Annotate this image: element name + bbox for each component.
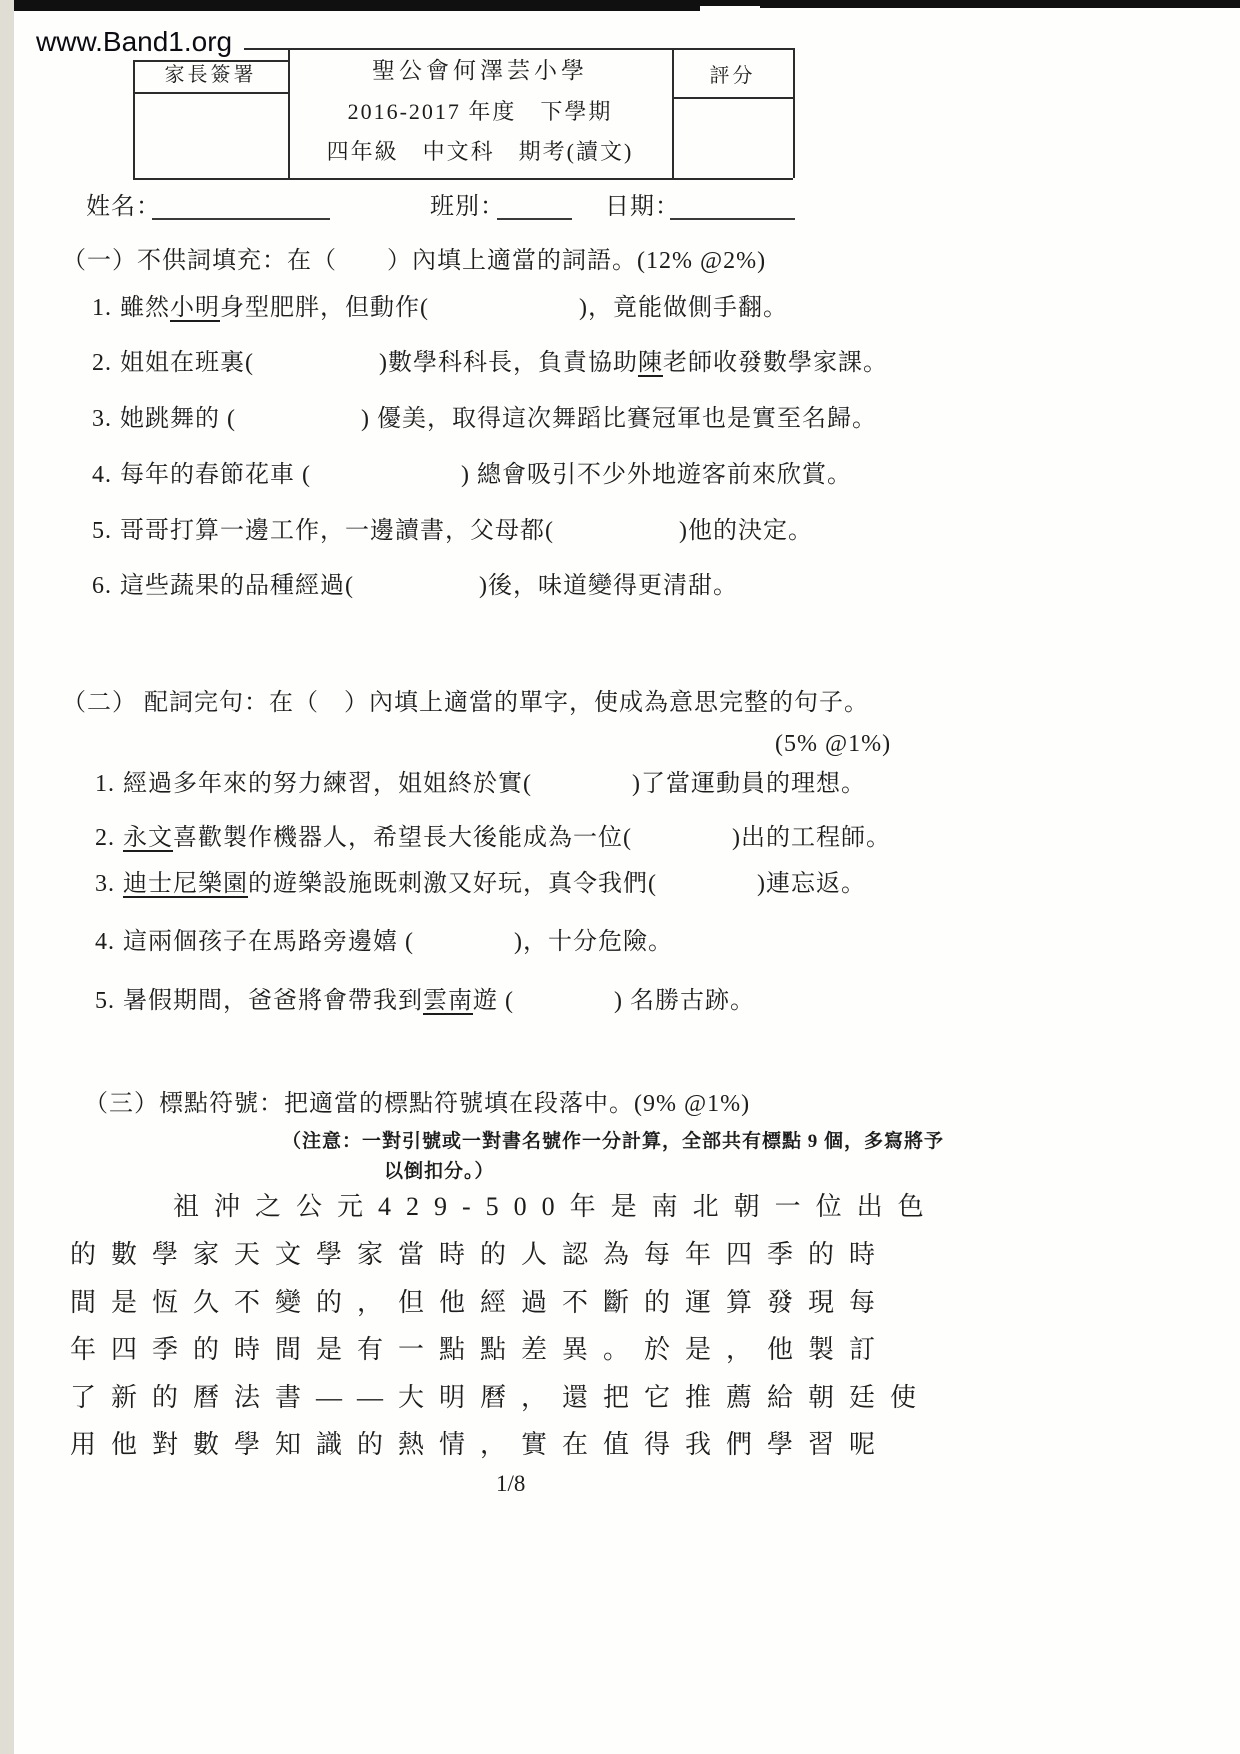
section2-heading: （二） 配詞完句：在（ ）內填上適當的單字，使成為意思完整的句子。 (62, 688, 869, 718)
table-border-right (793, 48, 795, 178)
item-number: 6. (92, 573, 112, 599)
scanned-exam-page: www.Band1.org 家長簽署 聖公會何澤芸小學 2016-2017 年度… (0, 0, 1240, 1754)
passage-line-1: 祖沖之公元429-500年是南北朝一位出色 (173, 1194, 939, 1220)
section2-item-5: 5.暑假期間，爸爸將會帶我到雲南遊 ( ) 名勝古跡。 (95, 986, 755, 1016)
exam-title: 四年級 中文科 期考(讀文) (288, 139, 672, 165)
passage-line-2: 的數學家天文學家當時的人認為每年四季的時 (70, 1242, 890, 1268)
section1-item-5: 5.哥哥打算一邊工作，一邊讀書，父母都( )他的決定。 (92, 516, 813, 546)
item-number: 5. (92, 518, 112, 544)
page-number: 1/8 (496, 1471, 525, 1497)
parent-signature-label: 家長簽署 (133, 63, 288, 87)
item-number: 2. (92, 350, 112, 376)
item-text: 每年的春節花車 ( ) 總會吸引不少外地遊客前來欣賞。 (120, 462, 852, 488)
item-text: 暑假期間，爸爸將會帶我到雲南遊 ( ) 名勝古跡。 (123, 988, 755, 1014)
date-label: 日期： (605, 192, 680, 222)
item-text: 哥哥打算一邊工作，一邊讀書，父母都( )他的決定。 (120, 518, 813, 544)
date-blank (670, 218, 795, 220)
school-name: 聖公會何澤芸小學 (288, 57, 672, 85)
section2-item-3: 3.迪士尼樂園的遊樂設施既刺激又好玩，真令我們( )連忘返。 (95, 869, 866, 899)
section2-item-4: 4.這兩個孩子在馬路旁邊嬉 ( )，十分危險。 (95, 927, 673, 957)
school-year-term: 2016-2017 年度 下學期 (288, 99, 672, 125)
section3-note-line2: 以倒扣分。） (384, 1156, 495, 1183)
item-number: 3. (92, 406, 112, 432)
item-number: 1. (95, 771, 115, 797)
section1-item-3: 3.她跳舞的 ( ) 優美，取得這次舞蹈比賽冠軍也是實至名歸。 (92, 404, 877, 434)
section2-marks: (5% @1%) (775, 729, 891, 759)
section2-item-1: 1.經過多年來的努力練習，姐姐終於實( )了當運動員的理想。 (95, 769, 866, 799)
item-text: 永文喜歡製作機器人，希望長大後能成為一位( )出的工程師。 (123, 825, 891, 851)
item-text: 經過多年來的努力練習，姐姐終於實( )了當運動員的理想。 (123, 771, 866, 797)
section1-heading: （一）不供詞填充：在（ ）內填上適當的詞語。(12% @2%) (62, 246, 766, 276)
passage-line-3: 間是恆久不變的，但他經過不斷的運算發現每 (70, 1290, 890, 1316)
score-label: 評分 (672, 64, 793, 88)
table-border-bottom (133, 178, 793, 180)
class-label: 班別： (430, 192, 505, 222)
item-text: 她跳舞的 ( ) 優美，取得這次舞蹈比賽冠軍也是實至名歸。 (120, 406, 877, 432)
section3-heading: （三）標點符號：把適當的標點符號填在段落中。(9% @1%) (84, 1089, 750, 1119)
scan-artifact-left-edge (0, 0, 14, 1754)
item-number: 5. (95, 988, 115, 1014)
site-watermark: www.Band1.org (36, 26, 232, 58)
item-number: 2. (95, 825, 115, 851)
passage-line-5: 了新的曆法書——大明曆，還把它推薦給朝廷使 (70, 1385, 931, 1411)
name-blank (152, 218, 330, 220)
section2-item-2: 2.永文喜歡製作機器人，希望長大後能成為一位( )出的工程師。 (95, 823, 891, 853)
section1-item-4: 4.每年的春節花車 ( ) 總會吸引不少外地遊客前來欣賞。 (92, 460, 852, 490)
item-number: 1. (92, 295, 112, 321)
section1-item-6: 6.這些蔬果的品種經過( )後，味道變得更清甜。 (92, 571, 738, 601)
scan-artifact-top-left (0, 0, 700, 11)
section1-item-1: 1.雖然小明身型肥胖，但動作( )，竟能做側手翻。 (92, 293, 788, 323)
table-border-top (244, 48, 793, 50)
item-number: 4. (92, 462, 112, 488)
name-label: 姓名： (86, 192, 161, 222)
scan-artifact-top-right (760, 0, 1240, 8)
item-text: 這些蔬果的品種經過( )後，味道變得更清甜。 (120, 573, 738, 599)
section1-item-2: 2.姐姐在班裏( )數學科科長，負責協助陳老師收發數學家課。 (92, 348, 888, 378)
item-text: 這兩個孩子在馬路旁邊嬉 ( )，十分危險。 (123, 929, 673, 955)
passage-line-6: 用他對數學知識的熱情，實在值得我們學習呢 (70, 1432, 890, 1458)
item-text: 雖然小明身型肥胖，但動作( )，竟能做側手翻。 (120, 295, 788, 321)
item-text: 迪士尼樂園的遊樂設施既刺激又好玩，真令我們( )連忘返。 (123, 871, 866, 897)
table-border-top-left-cell (133, 60, 290, 62)
table-divider-score-cell (672, 97, 793, 99)
item-number: 3. (95, 871, 115, 897)
item-text: 姐姐在班裏( )數學科科長，負責協助陳老師收發數學家課。 (120, 350, 888, 376)
passage-line-4: 年四季的時間是有一點點差異。於是，他製訂 (70, 1337, 890, 1363)
class-blank (497, 218, 572, 220)
section3-note-line1: （注意：一對引號或一對書名號作一分計算，全部共有標點 9 個，多寫將予 (282, 1126, 944, 1153)
table-divider-parent-cell (133, 92, 288, 94)
item-number: 4. (95, 929, 115, 955)
